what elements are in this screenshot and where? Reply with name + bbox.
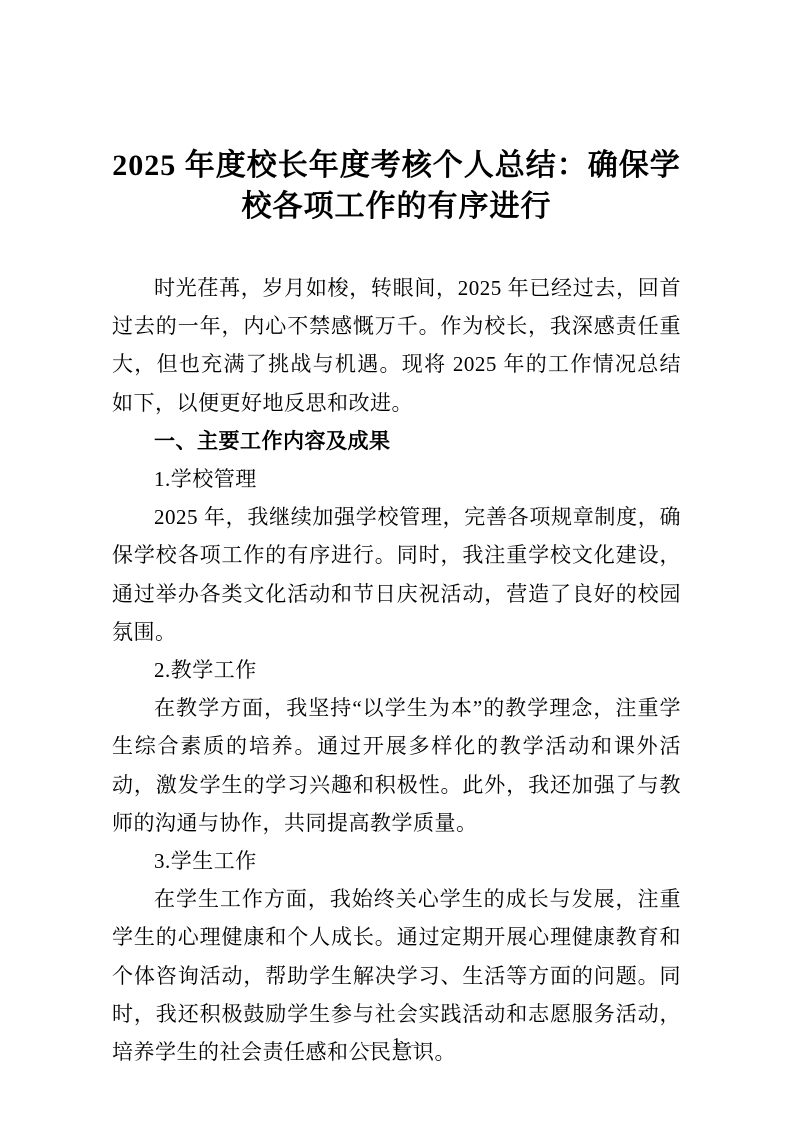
- document-page: 2025 年度校长年度考核个人总结：确保学校各项工作的有序进行 时光荏苒，岁月如…: [0, 0, 793, 1122]
- school-management-paragraph: 2025 年，我继续加强学校管理，完善各项规章制度，确保学校各项工作的有序进行。…: [112, 498, 681, 651]
- document-content: 2025 年度校长年度考核个人总结：确保学校各项工作的有序进行 时光荏苒，岁月如…: [112, 145, 681, 1071]
- subsection-heading-teaching-work: 2.教学工作: [112, 651, 681, 689]
- subsection-heading-student-work: 3.学生工作: [112, 842, 681, 880]
- teaching-work-paragraph: 在教学方面，我坚持“以学生为本”的教学理念，注重学生综合素质的培养。通过开展多样…: [112, 689, 681, 842]
- footer-right-dash: —: [411, 1034, 429, 1054]
- footer-left-dash: —: [364, 1034, 382, 1054]
- subsection-heading-school-management: 1.学校管理: [112, 460, 681, 498]
- page-footer: —1—: [0, 1032, 793, 1056]
- footer-page-number: 1: [392, 1034, 401, 1054]
- document-title: 2025 年度校长年度考核个人总结：确保学校各项工作的有序进行: [112, 145, 681, 227]
- intro-paragraph: 时光荏苒，岁月如梭，转眼间，2025 年已经过去，回首过去的一年，内心不禁感慨万…: [112, 269, 681, 422]
- section-heading-main-work: 一、主要工作内容及成果: [112, 422, 681, 460]
